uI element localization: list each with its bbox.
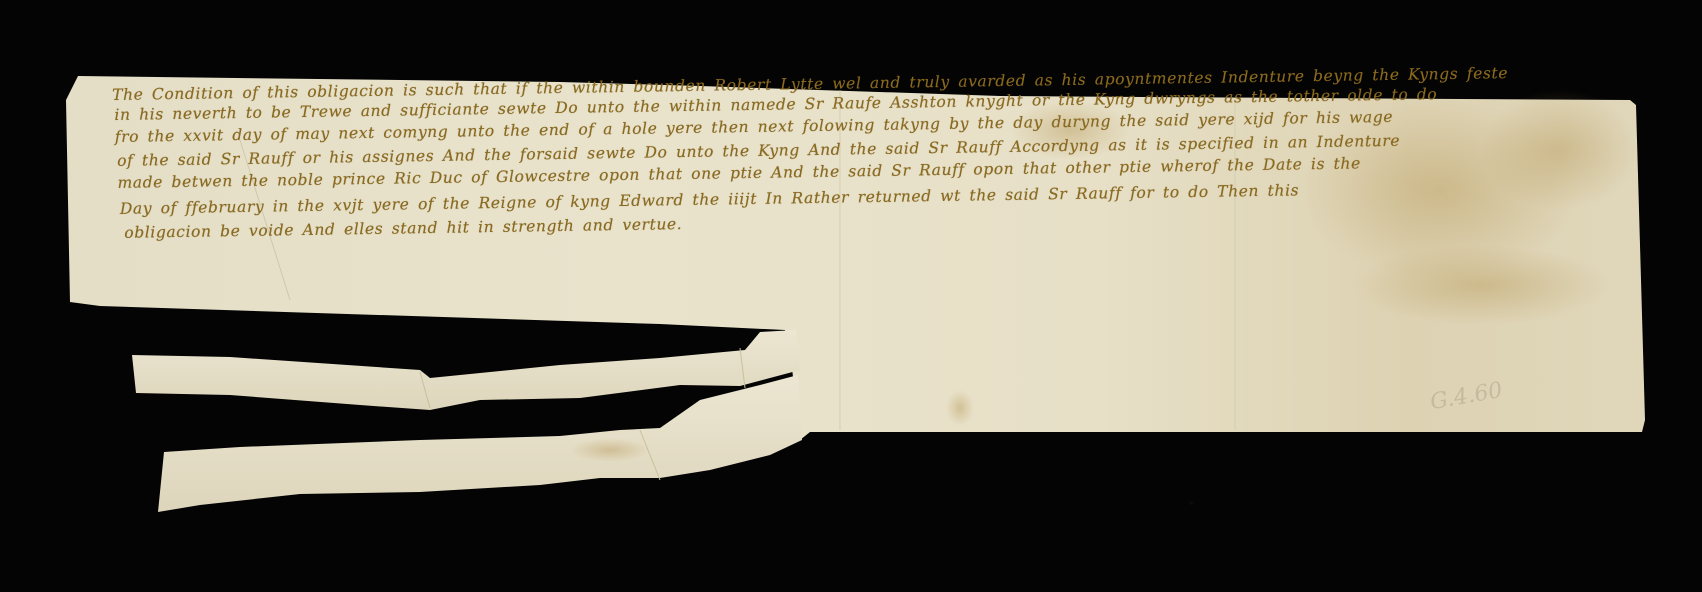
water-stain [1480, 90, 1640, 210]
upper-parchment-tag [132, 330, 800, 410]
water-stain [1350, 245, 1610, 325]
water-stain [570, 438, 650, 462]
water-stain [946, 390, 974, 426]
black-backdrop: The Condition of this obligacion is such… [0, 0, 1702, 592]
